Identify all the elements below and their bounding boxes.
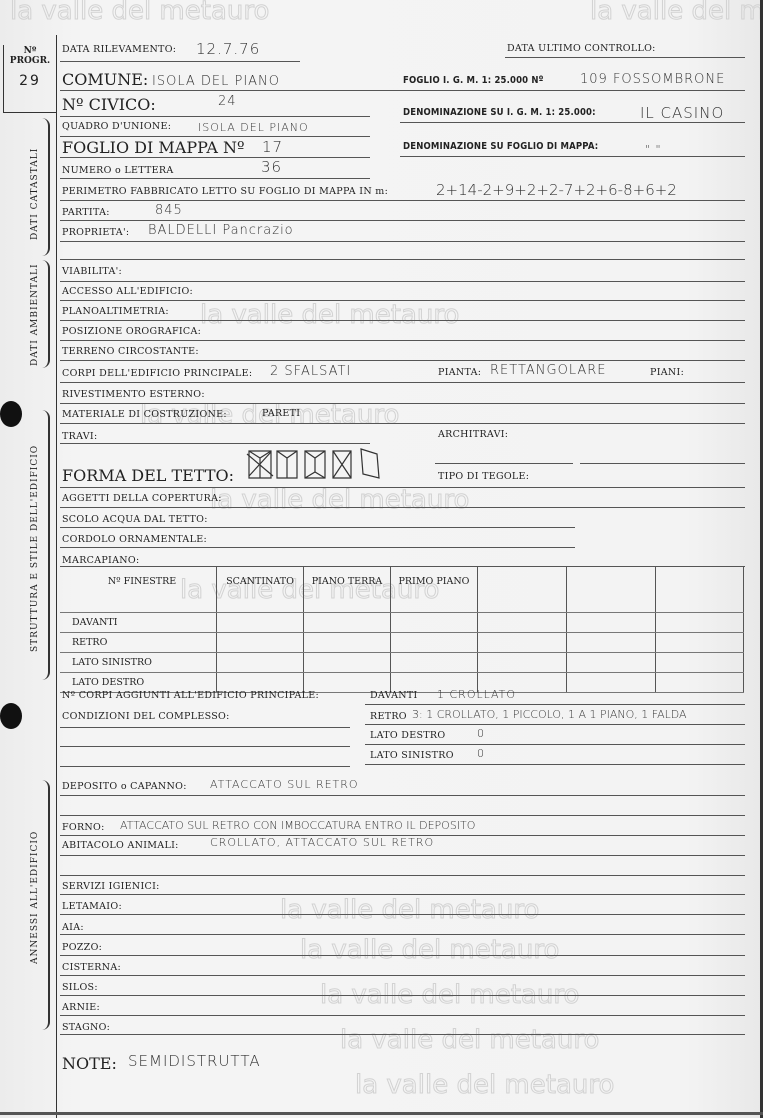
rule (60, 487, 745, 488)
rule (400, 122, 745, 123)
servizi-label: SERVIZI IGIENICI: (62, 881, 160, 892)
lato-destro-label: LATO DESTRO (370, 730, 445, 741)
aia-label: AIA: (62, 922, 84, 933)
cell[interactable] (478, 653, 567, 673)
roof-capanna-doppia-icon[interactable] (305, 451, 325, 478)
cell[interactable] (478, 613, 567, 633)
denominazione-mappa-value[interactable]: " " (645, 143, 662, 156)
corpi-aggiunti-label: Nº CORPI AGGIUNTI ALL'EDIFICIO PRINCIPAL… (62, 690, 319, 701)
rule (580, 463, 745, 464)
row-label: RETRO (60, 633, 217, 653)
col-header (478, 566, 567, 613)
rule (60, 443, 370, 444)
terreno-label: TERRENO CIRCOSTANTE: (62, 346, 199, 357)
pianta-value[interactable]: RETTANGOLARE (490, 363, 607, 378)
corpi-label: CORPI DELL'EDIFICIO PRINCIPALE: (62, 368, 252, 379)
lato-sinistro-label: LATO SINISTRO (370, 750, 454, 761)
section-annessi: ANNESSI ALL'EDIFICIO (30, 831, 40, 964)
watermark: la valle del metauro (590, 0, 763, 26)
rule (60, 178, 370, 179)
proprieta-value[interactable]: BALDELLI Pancrazio (148, 223, 294, 238)
forma-tetto-label: FORMA DEL TETTO: (62, 466, 234, 485)
cell[interactable] (567, 633, 656, 653)
deposito-value[interactable]: ATTACCATO SUL RETRO (210, 778, 359, 791)
note-label: NOTE: (62, 1054, 117, 1073)
windows-table: Nº FINESTRE SCANTINATO PIANO TERRA PRIMO… (60, 566, 744, 693)
rule (60, 382, 745, 383)
rule (60, 766, 350, 767)
foglio-igm-label: FOGLIO I. G. M. 1: 25.000 Nº (403, 75, 544, 86)
progressive-value: 29 (4, 73, 56, 89)
watermark: la valle del metauro (280, 895, 539, 925)
stagno-label: STAGNO: (62, 1022, 110, 1033)
table-header-row: Nº FINESTRE SCANTINATO PIANO TERRA PRIMO… (60, 566, 744, 613)
partita-label: PARTITA: (62, 207, 110, 218)
binder-hole (0, 703, 22, 729)
proprieta-label: PROPRIETA': (62, 227, 129, 238)
rule (60, 157, 370, 158)
rule (60, 61, 300, 62)
rule (60, 507, 745, 508)
note-value[interactable]: SEMIDISTRUTTA (128, 1052, 261, 1070)
civico-value[interactable]: 24 (218, 94, 237, 109)
foglio-mappa-value[interactable]: 17 (262, 138, 283, 156)
section-dati-ambientali: DATI AMBIENTALI (30, 263, 40, 366)
cell[interactable] (304, 613, 391, 633)
foglio-igm-value[interactable]: 109 FOSSOMBRONE (580, 72, 725, 87)
rule (60, 815, 745, 816)
roof-falda-icon[interactable] (361, 449, 379, 478)
rule (60, 360, 745, 361)
roof-capanna-icon[interactable] (277, 451, 297, 478)
rule (60, 281, 745, 282)
perimetro-label: PERIMETRO FABBRICATO LETTO SU FOGLIO DI … (62, 186, 388, 197)
posizione-label: POSIZIONE OROGRAFICA: (62, 326, 201, 337)
cell[interactable] (656, 633, 744, 653)
rule (60, 914, 745, 915)
lato-destro-value[interactable]: 0 (477, 727, 485, 740)
rule (60, 995, 745, 996)
accesso-label: ACCESSO ALL'EDIFICIO: (62, 286, 193, 297)
survey-form-page: la valle del metauro la valle del metaur… (0, 0, 763, 1118)
marcapiano-label: MARCAPIANO: (62, 555, 139, 566)
rule (60, 527, 575, 528)
col-header: PRIMO PIANO (391, 566, 478, 613)
lato-sinistro-value[interactable]: 0 (477, 747, 485, 760)
rule (400, 156, 745, 157)
viabilita-label: VIABILITA': (62, 266, 122, 277)
section-dati-catastali: DATI CATASTALI (30, 148, 40, 240)
section-brace (42, 260, 50, 368)
cell[interactable] (391, 633, 478, 653)
cell[interactable] (656, 653, 744, 673)
pozzo-label: POZZO: (62, 942, 102, 953)
tipo-tegole-label: TIPO DI TEGOLE: (438, 471, 529, 482)
table-row: LATO SINISTRO (60, 653, 744, 673)
aggetti-label: AGGETTI DELLA COPERTURA: (62, 493, 222, 504)
rule (60, 259, 745, 260)
margin-line (56, 35, 57, 1118)
roof-padiglione-icon[interactable] (247, 451, 273, 478)
cell[interactable] (567, 673, 656, 693)
rule (60, 746, 350, 747)
rule (60, 340, 745, 341)
col-header: PIANO TERRA (304, 566, 391, 613)
section-brace (42, 780, 50, 1030)
denominazione-igm-label: DENOMINAZIONE SU I. G. M. 1: 25.000: (403, 107, 596, 118)
col-header: SCANTINATO (217, 566, 304, 613)
watermark: la valle del metauro (300, 935, 559, 965)
rule (60, 200, 745, 201)
rule (60, 241, 745, 242)
comune-value[interactable]: ISOLA DEL PIANO (152, 74, 280, 89)
cell[interactable] (217, 653, 304, 673)
rule (60, 1015, 745, 1016)
cell[interactable] (567, 613, 656, 633)
numero-lettera-label: NUMERO o LETTERA (62, 165, 174, 176)
col-header (567, 566, 656, 613)
rule (365, 724, 745, 725)
pianta-label: PIANTA: (438, 367, 481, 378)
rule (365, 744, 745, 745)
rule (435, 463, 573, 464)
retro-label: RETRO (370, 711, 407, 722)
silos-label: SILOS: (62, 982, 98, 993)
scolo-label: SCOLO ACQUA DAL TETTO: (62, 514, 208, 525)
condizioni-label: CONDIZIONI DEL COMPLESSO: (62, 711, 230, 722)
rule (60, 934, 745, 935)
letamaio-label: LETAMAIO: (62, 901, 122, 912)
section-brace (42, 410, 50, 680)
comune-label: COMUNE: (62, 70, 148, 89)
row-label: LATO SINISTRO (60, 653, 217, 673)
planoaltimetria-label: PLANOALTIMETRIA: (62, 306, 169, 317)
watermark: la valle del metauro (355, 1070, 614, 1100)
watermark: la valle del metauro (210, 485, 469, 515)
progressive-label: Nº PROGR. (4, 46, 56, 66)
rule (60, 955, 745, 956)
partita-value[interactable]: 845 (155, 203, 183, 218)
numero-lettera-value[interactable]: 36 (261, 158, 282, 176)
cell[interactable] (391, 613, 478, 633)
col-header (656, 566, 744, 613)
materiale-value[interactable]: PARETI (262, 408, 300, 419)
piani-label: PIANI: (650, 367, 684, 378)
rule (60, 90, 745, 91)
corpi-value[interactable]: 2 SFALSATI (270, 364, 351, 379)
roof-crociera-icon[interactable] (333, 451, 351, 478)
perimetro-value[interactable]: 2+14-2+9+2+2-7+2+6-8+6+2 (436, 181, 677, 199)
davanti-label: DAVANTI (370, 690, 418, 701)
cell[interactable] (656, 673, 744, 693)
rule (60, 320, 745, 321)
arnie-label: ARNIE: (62, 1002, 100, 1013)
rule (60, 894, 745, 895)
retro-value[interactable]: 3: 1 CROLLATO, 1 PICCOLO, 1 A 1 PIANO, 1… (412, 708, 687, 721)
rivestimento-label: RIVESTIMENTO ESTERNO: (62, 389, 205, 400)
forno-value[interactable]: ATTACCATO SUL RETRO CON IMBOCCATURA ENTR… (120, 819, 475, 832)
table-row: RETRO (60, 633, 744, 653)
rule (60, 875, 745, 876)
rule (60, 1034, 745, 1035)
denominazione-mappa-label: DENOMINAZIONE SU FOGLIO DI MAPPA: (403, 141, 598, 152)
rule (60, 795, 745, 796)
page-bottom-edge (0, 1112, 763, 1115)
deposito-label: DEPOSITO o CAPANNO: (62, 781, 187, 792)
data-ultimo-controllo-label: DATA ULTIMO CONTROLLO: (507, 43, 656, 54)
rule (60, 547, 575, 548)
davanti-value[interactable]: 1 CROLLATO (437, 688, 516, 701)
rule (60, 855, 745, 856)
rule (60, 423, 745, 424)
col-header: Nº FINESTRE (60, 566, 217, 613)
cisterna-label: CISTERNA: (62, 962, 121, 973)
forno-label: FORNO: (62, 822, 105, 833)
materiale-label: MATERIALE DI COSTRUZIONE: (62, 409, 227, 420)
rule (505, 57, 745, 58)
cell[interactable] (304, 633, 391, 653)
denominazione-igm-value[interactable]: IL CASINO (640, 104, 724, 122)
watermark: la valle del metauro (340, 1025, 599, 1055)
rule (60, 136, 370, 137)
rule (60, 300, 745, 301)
rule (60, 116, 370, 117)
rule (60, 403, 745, 404)
binder-hole (0, 401, 22, 427)
watermark: la valle del metauro (10, 0, 269, 26)
abitacolo-label: ABITACOLO ANIMALI: (62, 840, 179, 851)
abitacolo-value[interactable]: CROLLATO, ATTACCATO SUL RETRO (210, 836, 434, 849)
data-rilevamento-value[interactable]: 12.7.76 (196, 40, 260, 58)
cell[interactable] (217, 613, 304, 633)
rule (60, 975, 745, 976)
data-rilevamento-label: DATA RILEVAMENTO: (62, 44, 176, 55)
foglio-mappa-label: FOGLIO DI MAPPA Nº (62, 138, 245, 157)
section-brace (42, 118, 50, 256)
roof-shape-options (245, 446, 395, 482)
cell[interactable] (656, 613, 744, 633)
cell[interactable] (304, 653, 391, 673)
rule (365, 704, 745, 705)
architravi-label: ARCHITRAVI: (438, 429, 508, 440)
cell[interactable] (217, 633, 304, 653)
rule (60, 727, 350, 728)
civico-label: Nº CIVICO: (62, 95, 156, 114)
rule (60, 220, 745, 221)
watermark: la valle del metauro (200, 300, 459, 330)
travi-label: TRAVI: (62, 431, 98, 442)
cell[interactable] (478, 633, 567, 653)
section-struttura: STRUTTURA E STILE DELL'EDIFICIO (30, 445, 40, 652)
quadro-unione-value[interactable]: ISOLA DEL PIANO (198, 121, 309, 134)
cell[interactable] (567, 653, 656, 673)
cordolo-label: CORDOLO ORNAMENTALE: (62, 534, 207, 545)
quadro-unione-label: QUADRO D'UNIONE: (62, 121, 171, 132)
rule (365, 764, 745, 765)
cell[interactable] (391, 653, 478, 673)
table-row: DAVANTI (60, 613, 744, 633)
row-label: DAVANTI (60, 613, 217, 633)
